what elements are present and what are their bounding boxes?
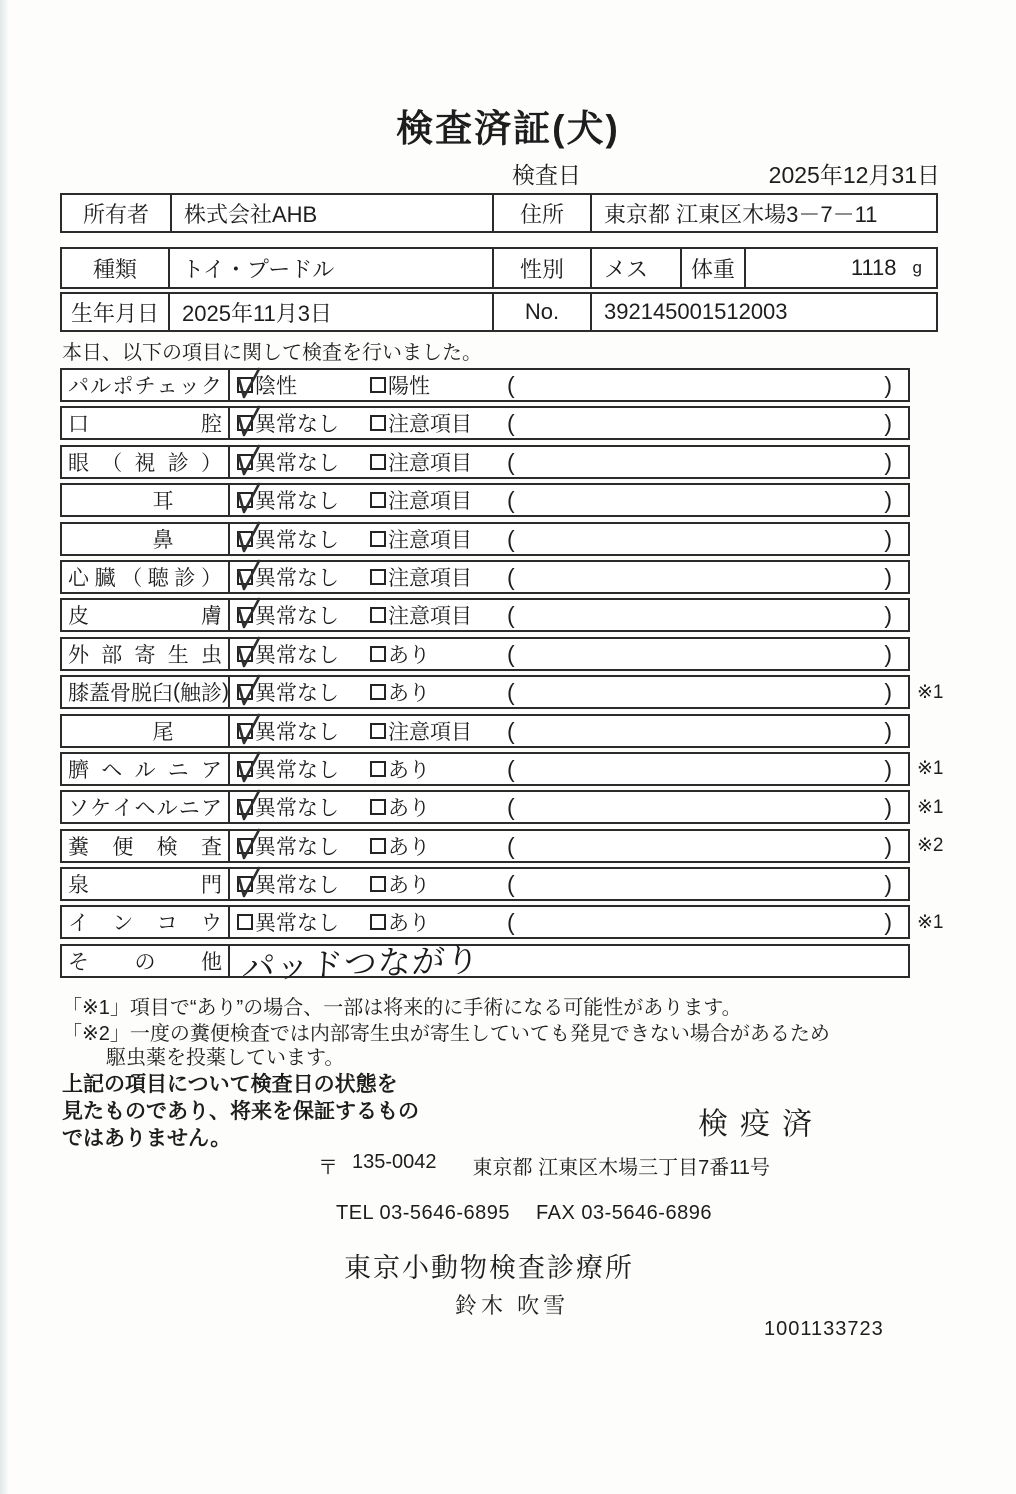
remarks-paren-open: (	[507, 909, 515, 936]
checkmark-icon	[235, 865, 262, 902]
remarks-paren-open: (	[507, 871, 515, 898]
serial-number: 1001133723	[764, 1318, 884, 1341]
option-1-label: 異常なし	[255, 639, 339, 669]
checklist-row: 尾 異常なし 注意項目 ( )	[60, 714, 952, 748]
checkmark-icon	[235, 404, 262, 441]
option-1-label: 異常なし	[255, 562, 339, 592]
checklist-row-content: 異常なし あり ( )	[228, 867, 910, 901]
option-2-label: 注意項目	[388, 485, 472, 515]
checkmark-icon	[235, 558, 262, 595]
footnote-marker	[910, 368, 952, 402]
checklist-row: 泉門 異常なし あり ( )	[60, 867, 952, 901]
certificate-page: 検査済証(犬) 検査日 2025年12月31日 所有者 株式会社AHB 住所 東…	[0, 0, 1016, 1494]
weight-unit: g	[913, 258, 922, 278]
footnote-marker: ※1	[910, 752, 952, 786]
checklist-option-2: あり	[370, 869, 430, 899]
checkbox	[237, 415, 253, 431]
remarks-paren-open: (	[507, 641, 515, 668]
option-2-label: あり	[388, 907, 430, 937]
checkbox	[237, 838, 253, 854]
breed-value: トイ・プードル	[168, 249, 492, 287]
checkbox	[237, 492, 253, 508]
checklist-option-1: 異常なし	[237, 562, 339, 592]
option-2-label: 注意項目	[388, 716, 472, 746]
remarks-paren-open: (	[507, 564, 515, 591]
footnote-marker	[910, 406, 952, 440]
checkmark-icon	[235, 366, 262, 403]
checklist-row-content: 異常なし 注意項目 ( )	[228, 714, 910, 748]
option-2-label: あり	[388, 792, 430, 822]
checklist-row: 糞便検査 異常なし あり ( ) ※2	[60, 829, 952, 863]
checkbox	[370, 761, 386, 777]
option-2-label: あり	[388, 639, 430, 669]
checkbox	[237, 646, 253, 662]
checklist-option-2: 注意項目	[370, 485, 472, 515]
option-1-label: 異常なし	[255, 600, 339, 630]
checklist-row-content: 異常なし 注意項目 ( )	[228, 445, 910, 479]
remarks-paren-close: )	[884, 718, 892, 745]
checkbox	[370, 607, 386, 623]
checklist-option-1: 異常なし	[237, 869, 339, 899]
checklist-row-content: 異常なし 注意項目 ( )	[228, 598, 910, 632]
remarks-paren-open: (	[507, 372, 515, 399]
remarks-paren-close: )	[884, 641, 892, 668]
birth-info-table: 生年月日 2025年11月3日 No. 392145001512003	[60, 292, 938, 332]
checkbox	[370, 454, 386, 470]
option-2-label: 注意項目	[388, 562, 472, 592]
checkmark-icon	[235, 788, 262, 825]
checkbox	[370, 492, 386, 508]
footnote-marker: ※1	[910, 675, 952, 709]
checkbox	[237, 569, 253, 585]
checklist-option-2: 注意項目	[370, 600, 472, 630]
checkbox	[237, 377, 253, 393]
remarks-paren-open: (	[507, 449, 515, 476]
checkmark-icon	[235, 443, 262, 480]
checklist-row: 口腔 異常なし 注意項目 ( )	[60, 406, 952, 440]
postal-address-line: 〒 135-0042 東京都 江東区木場三丁目7番11号	[318, 1151, 770, 1180]
quarantine-passed-text: 検疫済	[698, 1099, 824, 1143]
inspection-date-label: 検査日	[512, 157, 581, 190]
pet-info-table: 種類 トイ・プードル 性別 メス 体重 1118 g	[60, 247, 938, 289]
remarks-paren-close: )	[884, 449, 892, 476]
checkbox	[237, 761, 253, 777]
remarks-paren-close: )	[884, 794, 892, 821]
weight-label: 体重	[680, 249, 744, 287]
inspection-date-row: 検査日 2025年12月31日	[512, 157, 940, 190]
remarks-paren-open: (	[507, 679, 515, 706]
checklist-row-content: パッドつながり	[228, 944, 910, 978]
remarks-paren-close: )	[884, 756, 892, 783]
checkbox	[370, 377, 386, 393]
checkmark-icon	[235, 635, 262, 672]
checkbox	[370, 646, 386, 662]
inspection-date-value: 2025年12月31日	[769, 157, 940, 190]
scan-edge-artifact	[0, 0, 9, 1494]
checklist-option-1: 異常なし	[237, 907, 339, 937]
checklist-option-2: あり	[370, 907, 430, 937]
checklist-option-2: あり	[370, 677, 430, 707]
remarks-paren-close: )	[884, 679, 892, 706]
checkbox	[237, 531, 253, 547]
footnote-marker: ※1	[910, 790, 952, 824]
remarks-paren-open: (	[507, 794, 515, 821]
checkmark-icon	[235, 750, 262, 787]
checklist-row-label: 心臓（聴診）	[60, 560, 228, 594]
remarks-paren-open: (	[507, 410, 515, 437]
checkbox	[370, 838, 386, 854]
checklist-row: 心臓（聴診） 異常なし 注意項目 ( )	[60, 560, 952, 594]
checklist-row-content: 異常なし 注意項目 ( )	[228, 560, 910, 594]
owner-value: 株式会社AHB	[170, 195, 492, 231]
option-2-label: あり	[388, 677, 430, 707]
footnote-marker	[910, 445, 952, 479]
option-1-label: 異常なし	[255, 524, 339, 554]
remarks-paren-open: (	[507, 526, 515, 553]
checklist-row-label: 外部寄生虫	[60, 637, 228, 671]
option-1-label: 異常なし	[255, 754, 339, 784]
option-1-label: 異常なし	[255, 907, 339, 937]
checkmark-icon	[235, 673, 262, 710]
checkbox	[237, 607, 253, 623]
checkmark-icon	[235, 481, 262, 518]
checklist-row-content: 異常なし 注意項目 ( )	[228, 483, 910, 517]
remarks-paren-close: )	[884, 909, 892, 936]
checkbox	[237, 684, 253, 700]
checkbox	[237, 723, 253, 739]
checklist-option-1: 異常なし	[237, 677, 339, 707]
footnote-marker	[910, 560, 952, 594]
phone-line: TEL 03-5646-6895 FAX 03-5646-6896	[336, 1202, 712, 1225]
option-1-label: 異常なし	[255, 869, 339, 899]
disclaimer-line-2: 見たものであり、将来を保証するもの	[62, 1098, 419, 1125]
checklist-row-content: 異常なし 注意項目 ( )	[228, 522, 910, 556]
owner-table: 所有者 株式会社AHB 住所 東京都 江東区木場3－7－11	[60, 193, 938, 233]
checklist-row-label: 皮膚	[60, 598, 228, 632]
option-2-label: あり	[388, 869, 430, 899]
checkmark-icon	[235, 520, 262, 557]
examiner-name: 鈴木 吹雪	[455, 1289, 569, 1320]
sex-label: 性別	[492, 249, 590, 287]
checklist-row-content: 異常なし あり ( )	[228, 752, 910, 786]
remarks-paren-close: )	[884, 871, 892, 898]
checklist-row-content: 異常なし あり ( )	[228, 637, 910, 671]
document-title: 検査済証(犬)	[0, 98, 1016, 152]
checklist-row-label: その他	[60, 944, 228, 978]
option-2-label: 注意項目	[388, 408, 472, 438]
checklist-option-1: 異常なし	[237, 716, 339, 746]
weight-value-cell: 1118 g	[744, 249, 936, 287]
option-1-label: 異常なし	[255, 447, 339, 477]
postal-code: 135-0042	[352, 1151, 437, 1180]
sex-value: メス	[590, 249, 680, 287]
checklist-row: 眼（視診） 異常なし 注意項目 ( )	[60, 445, 952, 479]
checkbox	[370, 684, 386, 700]
checklist-option-1: 異常なし	[237, 831, 339, 861]
option-1-label: 異常なし	[255, 677, 339, 707]
footnote-1: 「※1」項目で“あり”の場合、一部は将来的に手術になる可能性があります。	[62, 991, 742, 1020]
checklist-row-label: 臍ヘルニア	[60, 752, 228, 786]
option-1-label: 異常なし	[255, 716, 339, 746]
option-1-label: 異常なし	[255, 485, 339, 515]
checklist-row: 外部寄生虫 異常なし あり ( )	[60, 637, 952, 671]
checklist-option-2: あり	[370, 754, 430, 784]
checkbox	[370, 415, 386, 431]
option-2-label: あり	[388, 754, 430, 784]
checklist-option-2: 注意項目	[370, 562, 472, 592]
fax-number: FAX 03-5646-6896	[536, 1202, 712, 1225]
footnote-2-continued: 駆虫薬を投薬しています。	[106, 1041, 344, 1070]
checklist-row-content: 異常なし あり ( )	[228, 790, 910, 824]
checklist-row-label: 膝蓋骨脱臼(触診)	[60, 675, 228, 709]
checkbox	[370, 531, 386, 547]
tel-number: TEL 03-5646-6895	[336, 1202, 510, 1225]
checklist-row-content: 異常なし あり ( )	[228, 675, 910, 709]
checklist-row: 皮膚 異常なし 注意項目 ( )	[60, 598, 952, 632]
remarks-paren-open: (	[507, 602, 515, 629]
option-2-label: 注意項目	[388, 600, 472, 630]
option-1-label: 異常なし	[255, 831, 339, 861]
owner-address-label: 住所	[492, 195, 590, 231]
checklist-row: 鼻 異常なし 注意項目 ( )	[60, 522, 952, 556]
checkbox	[237, 799, 253, 815]
checklist-row-label: パルポチェック	[60, 368, 228, 402]
checklist-row-label: 鼻	[60, 522, 228, 556]
clinic-name: 東京小動物検査診療所	[344, 1246, 634, 1285]
checklist-option-1: 異常なし	[237, 524, 339, 554]
footnote-marker	[910, 483, 952, 517]
remarks-paren-close: )	[884, 410, 892, 437]
breed-label: 種類	[62, 249, 168, 287]
option-2-label: 陽性	[388, 370, 430, 400]
remarks-paren-close: )	[884, 602, 892, 629]
footnote-marker: ※1	[910, 905, 952, 939]
checklist-row-label: 泉門	[60, 867, 228, 901]
checklist-row: 臍ヘルニア 異常なし あり ( ) ※1	[60, 752, 952, 786]
checklist-row-content: 異常なし あり ( )	[228, 905, 910, 939]
checklist-option-2: 注意項目	[370, 447, 472, 477]
birthdate-value: 2025年11月3日	[168, 294, 492, 330]
footnote-marker	[910, 637, 952, 671]
checklist-option-2: 注意項目	[370, 524, 472, 554]
intro-text: 本日、以下の項目に関して検査を行いました。	[62, 336, 482, 365]
option-2-label: 注意項目	[388, 524, 472, 554]
checklist-option-1: 異常なし	[237, 408, 339, 438]
checklist-row-label: 眼（視診）	[60, 445, 228, 479]
footnote-marker: ※2	[910, 829, 952, 863]
owner-address-value: 東京都 江東区木場3－7－11	[590, 195, 936, 231]
checkbox	[370, 914, 386, 930]
checklist-row: ソケイヘルニア 異常なし あり ( ) ※1	[60, 790, 952, 824]
checklist: パルポチェック 陰性 陽性 ( )	[60, 368, 952, 982]
checklist-row-content: 陰性 陽性 ( )	[228, 368, 910, 402]
checkbox	[370, 876, 386, 892]
checklist-option-1: 陰性	[237, 370, 297, 400]
footnote-marker	[910, 944, 952, 978]
option-1-label: 異常なし	[255, 408, 339, 438]
checklist-row-label: インコウ	[60, 905, 228, 939]
option-2-label: 注意項目	[388, 447, 472, 477]
checklist-row-content: 異常なし 注意項目 ( )	[228, 406, 910, 440]
checklist-row: その他 パッドつながり	[60, 944, 952, 978]
footnote-marker	[910, 522, 952, 556]
checklist-option-2: あり	[370, 831, 430, 861]
checklist-option-2: あり	[370, 639, 430, 669]
footnote-marker	[910, 598, 952, 632]
checkbox	[370, 569, 386, 585]
disclaimer-line-3: ではありません。	[62, 1125, 419, 1152]
checklist-row-label: 糞便検査	[60, 829, 228, 863]
weight-value: 1118	[851, 255, 897, 281]
checklist-option-1: 異常なし	[237, 485, 339, 515]
certificate-no-label: No.	[492, 294, 590, 330]
certificate-no-value: 392145001512003	[590, 294, 936, 330]
option-2-label: あり	[388, 831, 430, 861]
checkmark-icon	[235, 827, 262, 864]
birthdate-label: 生年月日	[62, 294, 168, 330]
remarks-paren-close: )	[884, 564, 892, 591]
checkmark-icon	[235, 712, 262, 749]
checkbox	[237, 876, 253, 892]
checklist-option-1: 異常なし	[237, 754, 339, 784]
clinic-address: 東京都 江東区木場三丁目7番11号	[473, 1151, 770, 1180]
remarks-paren-open: (	[507, 756, 515, 783]
checklist-option-2: あり	[370, 792, 430, 822]
remarks-paren-open: (	[507, 487, 515, 514]
checklist-option-2: 注意項目	[370, 716, 472, 746]
disclaimer-text: 上記の項目について検査日の状態を 見たものであり、将来を保証するもの ではありま…	[62, 1071, 419, 1152]
handwritten-note: パッドつながり	[241, 934, 481, 989]
footnote-marker	[910, 867, 952, 901]
checkbox	[237, 454, 253, 470]
checklist-option-2: 陽性	[370, 370, 430, 400]
checklist-row-label: 耳	[60, 483, 228, 517]
postal-mark: 〒	[318, 1151, 338, 1180]
owner-label: 所有者	[62, 195, 170, 231]
remarks-paren-close: )	[884, 487, 892, 514]
checkmark-icon	[235, 596, 262, 633]
disclaimer-line-1: 上記の項目について検査日の状態を	[62, 1071, 419, 1098]
remarks-paren-open: (	[507, 718, 515, 745]
checklist-row: 耳 異常なし 注意項目 ( )	[60, 483, 952, 517]
checklist-row: パルポチェック 陰性 陽性 ( )	[60, 368, 952, 402]
checkbox	[370, 723, 386, 739]
checklist-row-label: 尾	[60, 714, 228, 748]
checklist-row-content: 異常なし あり ( )	[228, 829, 910, 863]
checklist-row: インコウ 異常なし あり ( ) ※1	[60, 905, 952, 939]
checklist-option-2: 注意項目	[370, 408, 472, 438]
checklist-row: 膝蓋骨脱臼(触診) 異常なし あり ( ) ※1	[60, 675, 952, 709]
checkbox	[237, 914, 253, 930]
remarks-paren-close: )	[884, 526, 892, 553]
option-1-label: 異常なし	[255, 792, 339, 822]
checklist-option-1: 異常なし	[237, 447, 339, 477]
checklist-option-1: 異常なし	[237, 600, 339, 630]
checklist-option-1: 異常なし	[237, 792, 339, 822]
remarks-paren-open: (	[507, 833, 515, 860]
footnote-marker	[910, 714, 952, 748]
checklist-row-label: 口腔	[60, 406, 228, 440]
checklist-option-1: 異常なし	[237, 639, 339, 669]
checklist-row-label: ソケイヘルニア	[60, 790, 228, 824]
remarks-paren-close: )	[884, 833, 892, 860]
checkbox	[370, 799, 386, 815]
remarks-paren-close: )	[884, 372, 892, 399]
